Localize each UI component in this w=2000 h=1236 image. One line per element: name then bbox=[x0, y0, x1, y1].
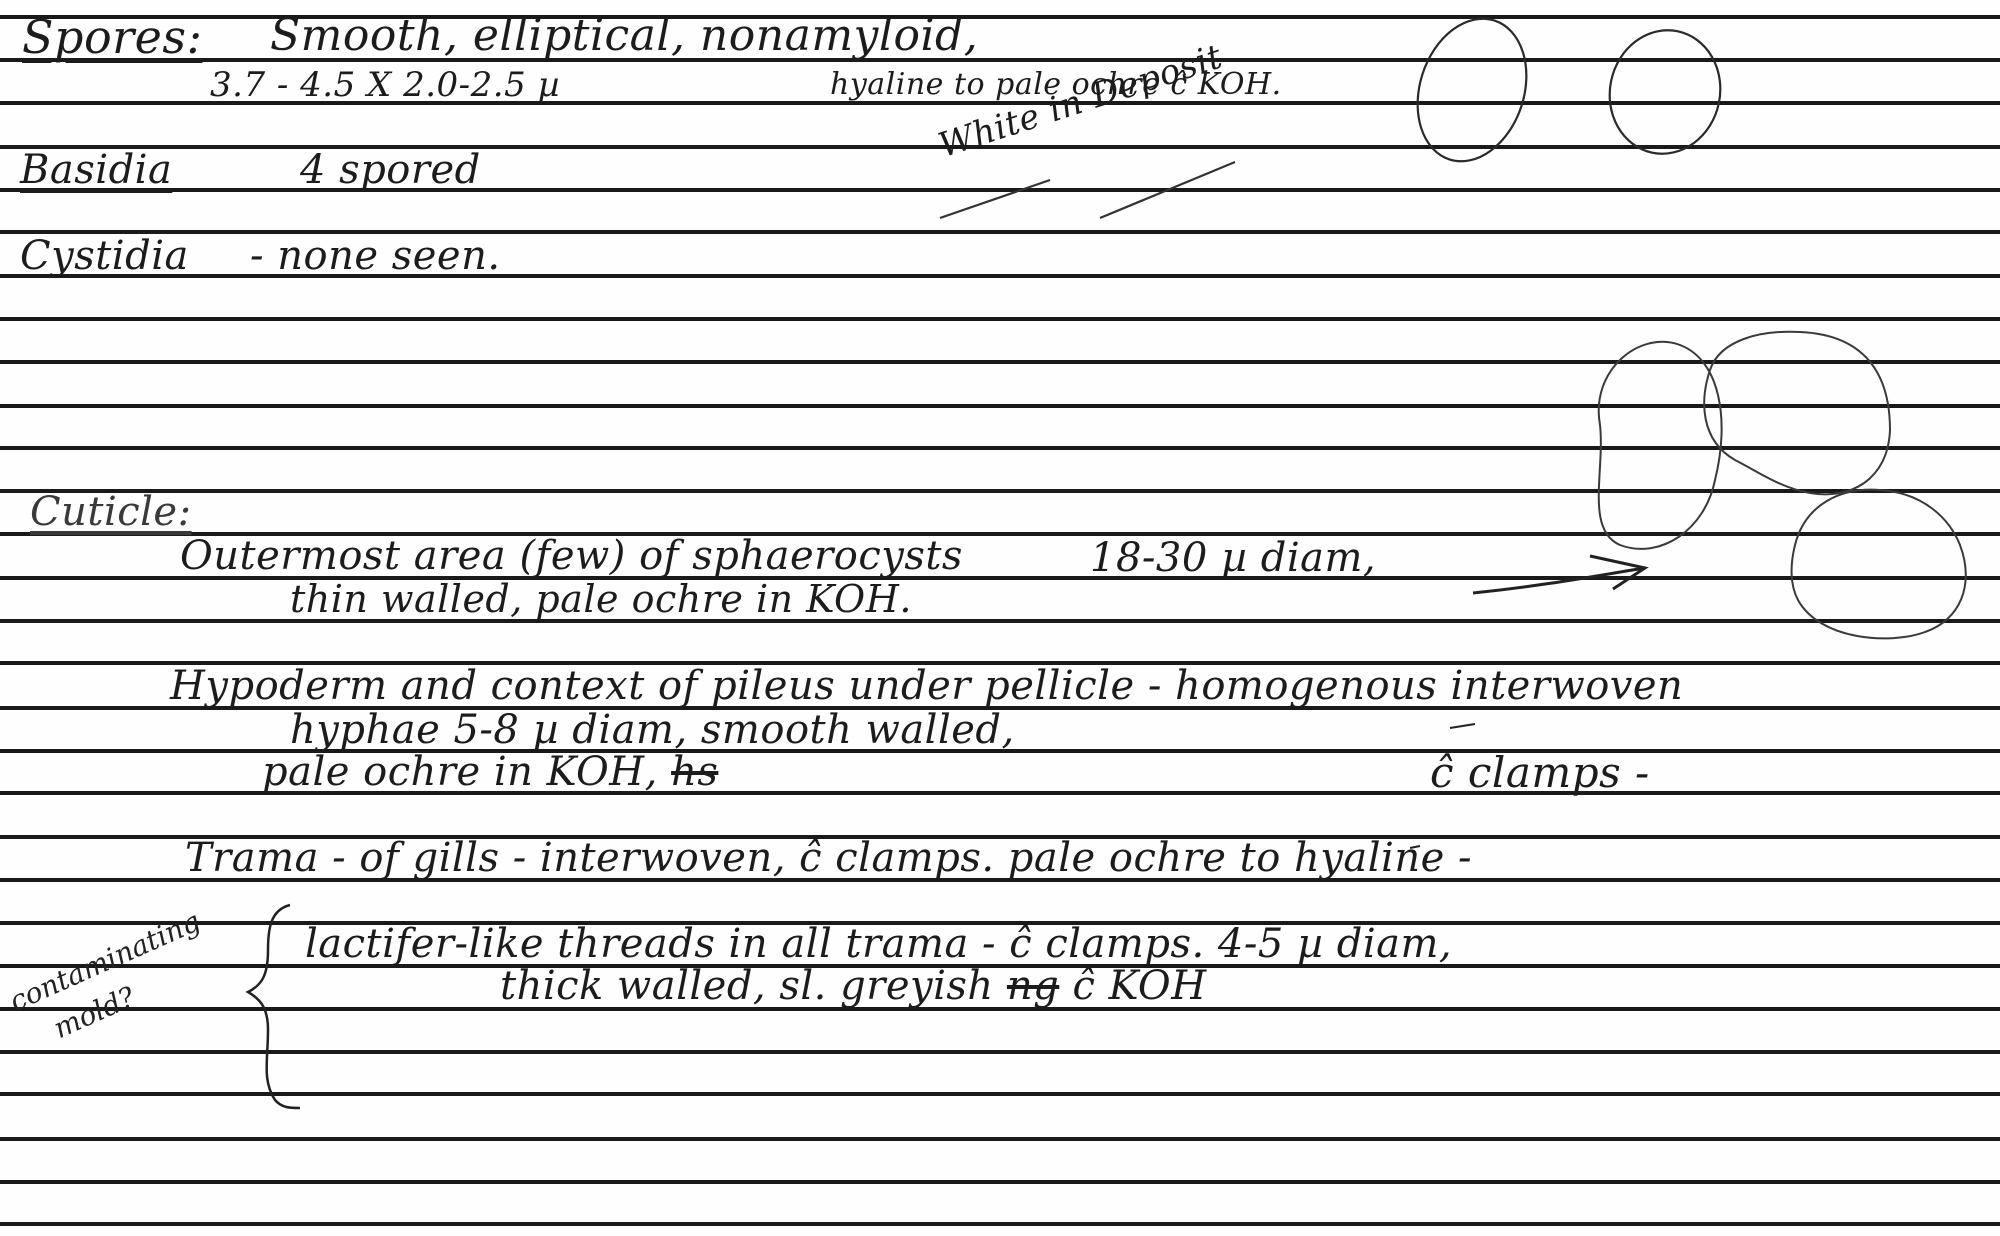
hypoderm-line-1: Hypoderm and context of pileus under pel… bbox=[170, 666, 1683, 706]
hypoderm-line-3-text: pale ochre in KOH, bbox=[262, 749, 671, 795]
cuticle-line-2: thin walled, pale ochre in KOH. bbox=[290, 580, 912, 618]
basidia-heading: Basidia bbox=[20, 150, 172, 190]
spores-size: 3.7 - 4.5 X 2.0-2.5 µ bbox=[210, 68, 560, 102]
arrow-icon bbox=[1473, 556, 1645, 593]
curly-brace-icon bbox=[248, 905, 300, 1108]
hypoderm-line-3: pale ochre in KOH, hs bbox=[262, 752, 718, 792]
sphaerocyst-sketches-icon bbox=[1599, 332, 1966, 639]
lactifer-strikethrough: ng bbox=[1007, 963, 1059, 1009]
cystidia-heading: Cystidia bbox=[20, 236, 189, 276]
hypoderm-strikethrough: hs bbox=[671, 749, 718, 795]
trama-line-1: Trama - of gills - interwoven, ĉ clamps.… bbox=[185, 838, 1472, 878]
deposit-underline-icon bbox=[940, 162, 1235, 218]
hypoderm-line-2: hyphae 5-8 µ diam, smooth walled, bbox=[290, 710, 1015, 750]
spores-heading: Spores: bbox=[22, 14, 202, 60]
cuticle-line-1: Outermost area (few) of sphaerocysts bbox=[180, 536, 963, 576]
lactifer-line-2: thick walled, sl. greyish ng ĉ KOH bbox=[500, 966, 1207, 1006]
cuticle-heading: Cuticle: bbox=[30, 492, 192, 532]
spore-sketches-icon bbox=[1400, 5, 1732, 176]
hypoderm-clamps: ĉ clamps - bbox=[1430, 752, 1650, 794]
cuticle-size: 18-30 µ diam, bbox=[1090, 538, 1376, 578]
basidia-value: 4 spored bbox=[300, 150, 481, 190]
spores-description: Smooth, elliptical, nonamyloid, bbox=[270, 14, 978, 58]
index-card: Spores: Smooth, elliptical, nonamyloid, … bbox=[0, 0, 2000, 1236]
cystidia-value: - none seen. bbox=[250, 236, 501, 276]
lactifer-line-2-end: ĉ KOH bbox=[1059, 963, 1206, 1009]
lactifer-line-1: lactifer-like threads in all trama - ĉ c… bbox=[305, 924, 1452, 964]
lactifer-line-2-text: thick walled, sl. greyish bbox=[500, 963, 1007, 1009]
